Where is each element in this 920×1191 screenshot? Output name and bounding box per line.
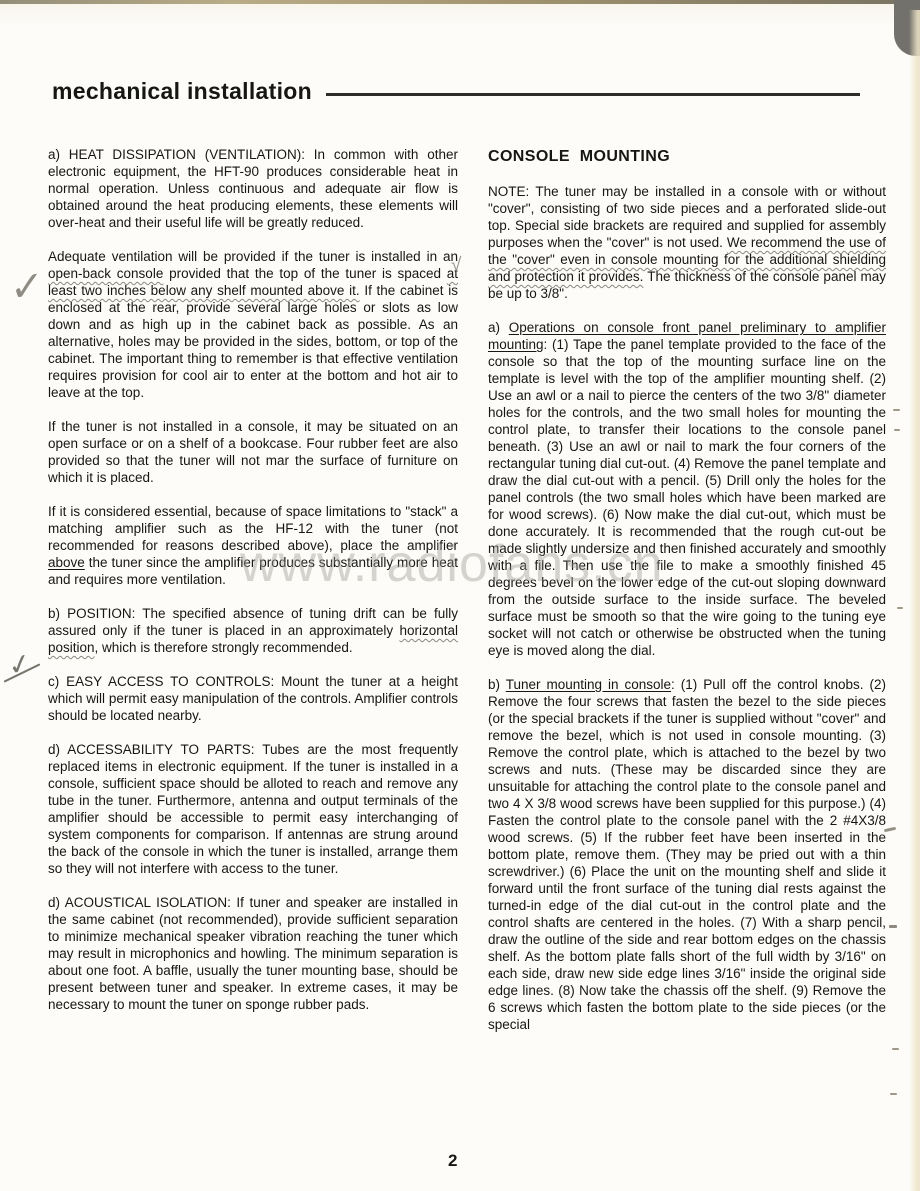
page-number: 2 (448, 1151, 457, 1171)
scan-top-edge (0, 0, 920, 4)
checkmark-annotation-margin-top: ✓ (10, 262, 43, 312)
scanned-manual-page: mechanical installation a) HEAT DISSIPAT… (0, 0, 920, 1191)
page-title: mechanical installation (52, 78, 312, 105)
scan-speck (889, 925, 897, 928)
scan-speck (897, 607, 903, 609)
scan-speck (892, 1048, 899, 1050)
header-rule (326, 93, 860, 96)
paragraph-heat-dissipation: a) HEAT DISSIPATION (VENTILATION): In co… (48, 146, 458, 231)
right-column: CONSOLE MOUNTING NOTE: The tuner may be … (488, 146, 886, 1050)
scan-speck (894, 429, 900, 431)
paragraph-adequate-ventilation: Adequate ventilation will be provided if… (48, 248, 458, 401)
page-header: mechanical installation (52, 78, 860, 105)
paragraph-accessability: d) ACCESSABILITY TO PARTS: Tubes are the… (48, 741, 458, 877)
scan-corner-curl (894, 0, 920, 56)
left-column: a) HEAT DISSIPATION (VENTILATION): In co… (48, 146, 458, 1030)
console-mounting-heading: CONSOLE MOUNTING (488, 148, 886, 166)
paragraph-note-cover: NOTE: The tuner may be installed in a co… (488, 183, 886, 302)
scan-right-edge (909, 10, 920, 1191)
paragraph-stacking-amplifier: If it is considered essential, because o… (48, 503, 458, 588)
scan-speck (890, 1093, 897, 1095)
scan-speck (893, 409, 900, 411)
paragraph-console-front-panel-operations: a) Operations on console front panel pre… (488, 319, 886, 659)
paragraph-position: b) POSITION: The specified absence of tu… (48, 605, 458, 656)
paragraph-open-surface: If the tuner is not installed in a conso… (48, 418, 458, 486)
paragraph-tuner-mounting-in-console: b) Tuner mounting in console: (1) Pull o… (488, 676, 886, 1033)
checkmark-annotation-gutter: √ (451, 255, 461, 277)
paragraph-acoustical-isolation: d) ACOUSTICAL ISOLATION: If tuner and sp… (48, 894, 458, 1013)
paragraph-easy-access: c) EASY ACCESS TO CONTROLS: Mount the tu… (48, 673, 458, 724)
